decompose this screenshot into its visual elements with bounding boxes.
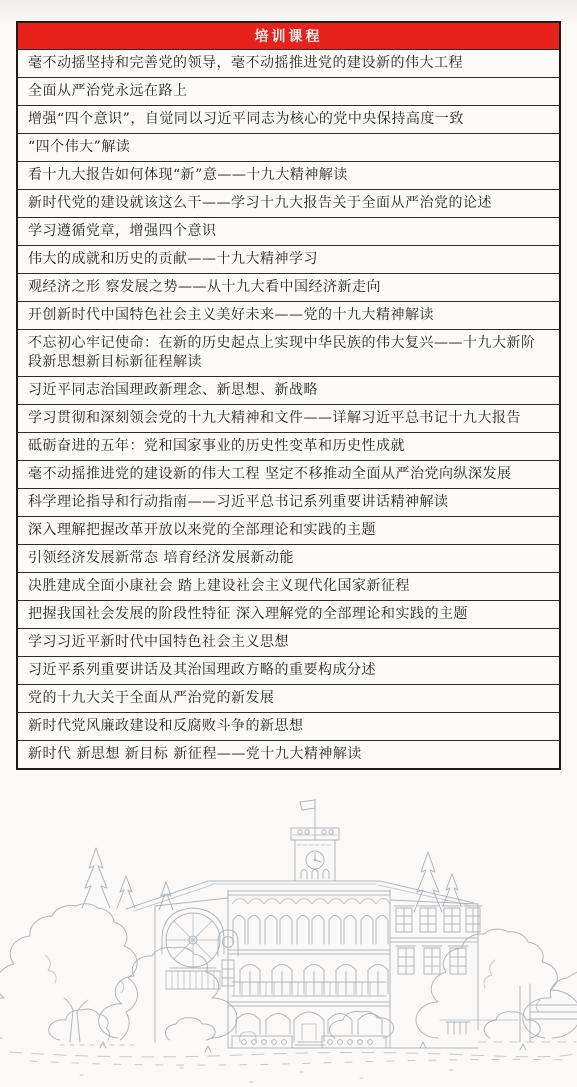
course-title: 深入理解把握改革开放以来党的全部理论和实践的主题	[28, 521, 376, 540]
course-row: 增强“四个意识”，自觉同以习近平同志为核心的党中央保持高度一致	[18, 105, 559, 133]
course-title: 决胜建成全面小康社会 踏上建设社会主义现代化国家新征程	[28, 577, 410, 596]
course-row: 引领经济发展新常态 培育经济发展新动能	[18, 544, 559, 572]
clock-icon	[306, 851, 324, 869]
course-row: 新时代 新思想 新目标 新征程——党十九大精神解读	[18, 740, 559, 768]
course-row: 习近平同志治国理政新理念、新思想、新战略	[18, 376, 559, 404]
course-row: 决胜建成全面小康社会 踏上建设社会主义现代化国家新征程	[18, 572, 559, 600]
course-row: 砥砺奋进的五年：党和国家事业的历史性变革和历史性成就	[18, 432, 559, 460]
course-title: 毫不动摇推进党的建设新的伟大工程 坚定不移推动全面从严治党向纵深发展	[28, 465, 511, 484]
conifer-trees-left-icon	[82, 848, 173, 910]
course-row: 毫不动摇坚持和完善党的领导，毫不动摇推进党的建设新的伟大工程	[18, 49, 559, 77]
course-title: 新时代 新思想 新目标 新征程——党十九大精神解读	[28, 745, 362, 764]
course-title: 看十九大报告如何体现“新”意——十九大精神解读	[28, 166, 348, 185]
page: { "colors": { "page_bg": "#faf9f7", "hea…	[0, 0, 577, 1087]
course-title: 观经济之形 察发展之势——从十九大看中国经济新走向	[28, 278, 381, 297]
course-row: 新时代党的建设就该这么干——学习十九大报告关于全面从严治党的论述	[18, 189, 559, 217]
course-row: “四个伟大”解读	[18, 133, 559, 161]
left-wing	[155, 898, 238, 1042]
fence-icon	[440, 984, 577, 1042]
course-row: 学习习近平新时代中国特色社会主义思想	[18, 628, 559, 656]
right-wing-windows	[394, 906, 482, 974]
course-title: 新时代党风廉政建设和反腐败斗争的新思想	[28, 717, 304, 736]
course-title: 新时代党的建设就该这么干——学习十九大报告关于全面从严治党的论述	[28, 194, 492, 213]
balcony-railing	[232, 982, 386, 996]
course-title: 增强“四个意识”，自觉同以习近平同志为核心的党中央保持高度一致	[28, 110, 464, 129]
table-header: 培训课程	[18, 23, 559, 49]
entrance-steps	[292, 1042, 328, 1048]
course-row: 党的十九大关于全面从严治党的新发展	[18, 684, 559, 712]
building	[126, 799, 482, 1048]
course-title: 伟大的成就和历史的贡献——十九大精神学习	[28, 250, 318, 269]
course-title: 习近平同志治国理政新理念、新思想、新战略	[28, 381, 318, 400]
course-title: 开创新时代中国特色社会主义美好未来——党的十九大精神解读	[28, 306, 434, 325]
course-row: 伟大的成就和历史的贡献——十九大精神学习	[18, 245, 559, 273]
right-trees-icon	[416, 929, 577, 1038]
course-title: 不忘初心牢记使命：在新的历史起点上实现中华民族的伟大复兴——十九大新阶段新思想新…	[28, 334, 549, 372]
course-row: 学习贯彻和深刻领会党的十九大精神和文件——详解习近平总书记十九大报告	[18, 404, 559, 432]
entrance-door	[294, 1012, 324, 1042]
course-row: 不忘初心牢记使命：在新的历史起点上实现中华民族的伟大复兴——十九大新阶段新思想新…	[18, 329, 559, 376]
course-title: 学习习近平新时代中国特色社会主义思想	[28, 633, 289, 652]
table-header-label: 培训课程	[255, 26, 323, 46]
right-wing	[390, 900, 482, 1030]
course-row: 深入理解把握改革开放以来党的全部理论和实践的主题	[18, 516, 559, 544]
course-title: 毫不动摇坚持和完善党的领导，毫不动摇推进党的建设新的伟大工程	[28, 54, 463, 73]
course-title: “四个伟大”解读	[28, 138, 130, 157]
course-row: 看十九大报告如何体现“新”意——十九大精神解读	[18, 161, 559, 189]
rose-window-icon	[162, 908, 224, 967]
course-rows: 毫不动摇坚持和完善党的领导，毫不动摇推进党的建设新的伟大工程 全面从严治党永远在…	[18, 49, 559, 768]
course-row: 观经济之形 察发展之势——从十九大看中国经济新走向	[18, 273, 559, 301]
course-row: 新时代党风廉政建设和反腐败斗争的新思想	[18, 712, 559, 740]
course-title: 引领经济发展新常态 培育经济发展新动能	[28, 549, 294, 568]
course-title: 科学理论指导和行动指南——习近平总书记系列重要讲话精神解读	[28, 493, 449, 512]
center-facade	[228, 890, 390, 1048]
course-row: 开创新时代中国特色社会主义美好未来——党的十九大精神解读	[18, 301, 559, 329]
course-title: 学习贯彻和深刻领会党的十九大精神和文件——详解习近平总书记十九大报告	[28, 409, 521, 428]
course-row: 把握我国社会发展的阶段性特征 深入理解党的全部理论和实践的主题	[18, 600, 559, 628]
course-title: 党的十九大关于全面从严治党的新发展	[28, 689, 275, 708]
course-row: 学习遵循党章，增强四个意识	[18, 217, 559, 245]
course-row: 毫不动摇推进党的建设新的伟大工程 坚定不移推动全面从严治党向纵深发展	[18, 460, 559, 488]
course-title: 把握我国社会发展的阶段性特征 深入理解党的全部理论和实践的主题	[28, 605, 468, 624]
course-title: 学习遵循党章，增强四个意识	[28, 222, 217, 241]
course-title: 习近平系列重要讲话及其治国理政方略的重要构成分述	[28, 661, 376, 680]
building-sketch-illustration	[0, 790, 577, 1087]
course-row: 科学理论指导和行动指南——习近平总书记系列重要讲话精神解读	[18, 488, 559, 516]
course-title: 砥砺奋进的五年：党和国家事业的历史性变革和历史性成就	[28, 437, 405, 456]
terrace	[228, 1032, 478, 1048]
left-trees-icon	[0, 904, 237, 1042]
course-title: 全面从严治党永远在路上	[28, 82, 188, 101]
course-row: 全面从严治党永远在路上	[18, 77, 559, 105]
course-row: 习近平系列重要讲话及其治国理政方略的重要构成分述	[18, 656, 559, 684]
building-sketch-svg	[0, 790, 577, 1087]
course-table: 培训课程 毫不动摇坚持和完善党的领导，毫不动摇推进党的建设新的伟大工程 全面从严…	[16, 21, 561, 770]
